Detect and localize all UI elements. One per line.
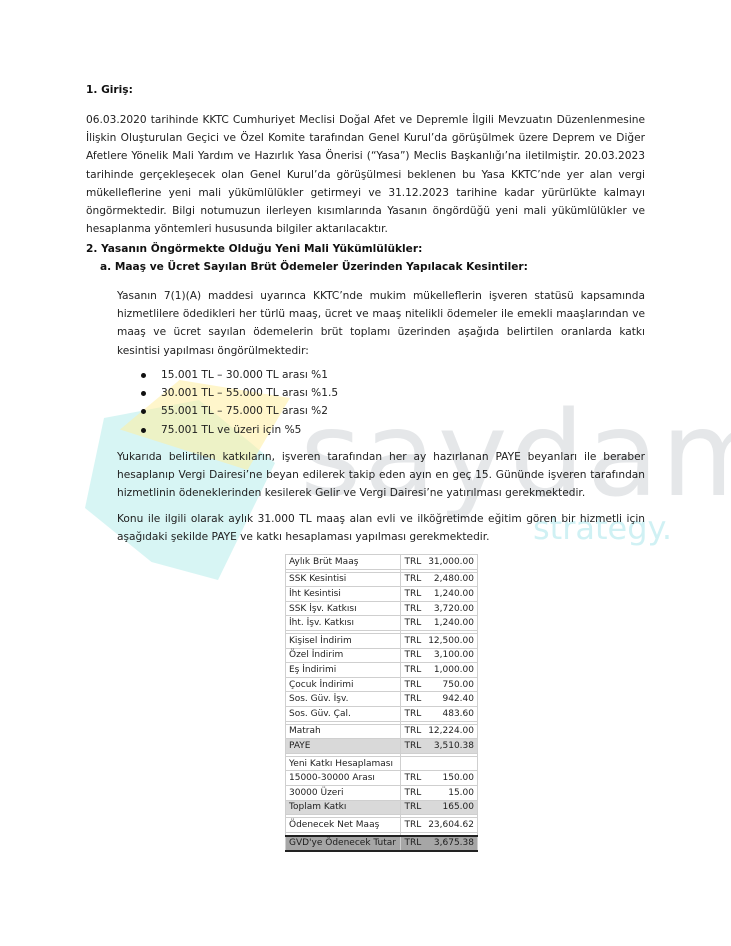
deduction-intro-paragraph: Yasanın 7(1)(A) maddesi uyarınca KKTC’nd…: [117, 287, 645, 360]
table-row: GVD'ye Ödenecek TutarTRL3,675.38: [286, 836, 478, 852]
row-currency: TRL: [401, 648, 425, 663]
row-amount: 3,720.00: [425, 601, 477, 616]
row-label: İht. İşv. Katkısı: [286, 616, 401, 631]
document-page: saydam strategy. 1. Giriş: 06.03.2020 ta…: [0, 0, 731, 946]
row-amount: 942.40: [425, 692, 477, 707]
table-row: Toplam KatkıTRL165.00: [286, 800, 478, 815]
table-row: MatrahTRL12,224.00: [286, 724, 478, 739]
row-label: Çocuk İndirimi: [286, 677, 401, 692]
row-label: Özel İndirim: [286, 648, 401, 663]
row-amount: 3,100.00: [425, 648, 477, 663]
row-label: Toplam Katkı: [286, 800, 401, 815]
section-1-heading: 1. Giriş:: [86, 84, 133, 96]
table-row: PAYETRL3,510.38: [286, 739, 478, 754]
rate-list: 15.001 TL – 30.000 TL arası %1 30.001 TL…: [138, 366, 338, 439]
table-row: SSK KesintisiTRL2,480.00: [286, 572, 478, 587]
table-row: Aylık Brüt MaaşTRL31,000.00: [286, 555, 478, 570]
table-row: İht. İşv. KatkısıTRL1,240.00: [286, 616, 478, 631]
table-row: Sos. Güv. Çal.TRL483.60: [286, 706, 478, 721]
row-amount: 12,500.00: [425, 633, 477, 648]
section-2-heading: 2. Yasanın Öngörmekte Olduğu Yeni Mali Y…: [86, 243, 422, 255]
table-row: 30000 ÜzeriTRL15.00: [286, 785, 478, 800]
row-amount: 12,224.00: [425, 724, 477, 739]
table-row: SSK İşv. KatkısıTRL3,720.00: [286, 601, 478, 616]
row-amount: 3,675.38: [425, 836, 477, 852]
rate-list-item: 15.001 TL – 30.000 TL arası %1: [138, 366, 338, 384]
table-row: Sos. Güv. İşv.TRL942.40: [286, 692, 478, 707]
row-amount: 165.00: [425, 800, 477, 815]
row-amount: 31,000.00: [425, 555, 477, 570]
row-label: Matrah: [286, 724, 401, 739]
row-amount: 3,510.38: [425, 739, 477, 754]
row-currency: TRL: [401, 706, 425, 721]
table-row: Yeni Katkı Hesaplaması: [286, 756, 478, 771]
row-currency: [401, 756, 425, 771]
row-amount: 1,240.00: [425, 587, 477, 602]
row-label: Sos. Güv. İşv.: [286, 692, 401, 707]
row-label: SSK Kesintisi: [286, 572, 401, 587]
row-currency: TRL: [401, 663, 425, 678]
row-label: Ödenecek Net Maaş: [286, 818, 401, 833]
row-label: SSK İşv. Katkısı: [286, 601, 401, 616]
row-currency: TRL: [401, 572, 425, 587]
row-label: Sos. Güv. Çal.: [286, 706, 401, 721]
row-currency: TRL: [401, 771, 425, 786]
row-label: Aylık Brüt Maaş: [286, 555, 401, 570]
row-amount: 483.60: [425, 706, 477, 721]
row-currency: TRL: [401, 739, 425, 754]
row-label: GVD'ye Ödenecek Tutar: [286, 836, 401, 852]
row-amount: 2,480.00: [425, 572, 477, 587]
row-amount: 1,000.00: [425, 663, 477, 678]
table-row: İht KesintisiTRL1,240.00: [286, 587, 478, 602]
row-label: Eş İndirimi: [286, 663, 401, 678]
table-row: Ödenecek Net MaaşTRL23,604.62: [286, 818, 478, 833]
table-row: Çocuk İndirimiTRL750.00: [286, 677, 478, 692]
row-currency: TRL: [401, 601, 425, 616]
table-row: Kişisel İndirimTRL12,500.00: [286, 633, 478, 648]
row-amount: 1,240.00: [425, 616, 477, 631]
row-label: 15000-30000 Arası: [286, 771, 401, 786]
row-currency: TRL: [401, 633, 425, 648]
row-currency: TRL: [401, 616, 425, 631]
payment-paragraph: Yukarıda belirtilen katkıların, işveren …: [117, 448, 645, 503]
row-currency: TRL: [401, 587, 425, 602]
example-paragraph: Konu ile ilgili olarak aylık 31.000 TL m…: [117, 510, 645, 546]
section-2a-subheading: a. Maaş ve Ücret Sayılan Brüt Ödemeler Ü…: [100, 261, 528, 273]
row-label: Yeni Katkı Hesaplaması: [286, 756, 401, 771]
row-amount: 750.00: [425, 677, 477, 692]
row-amount: [425, 756, 477, 771]
paye-calculation-table: Aylık Brüt MaaşTRL31,000.00SSK Kesintisi…: [285, 554, 478, 852]
rate-list-item: 55.001 TL – 75.000 TL arası %2: [138, 402, 338, 420]
rate-list-item: 30.001 TL – 55.000 TL arası %1.5: [138, 384, 338, 402]
row-label: Kişisel İndirim: [286, 633, 401, 648]
table-row: Özel İndirimTRL3,100.00: [286, 648, 478, 663]
row-label: İht Kesintisi: [286, 587, 401, 602]
table-row: 15000-30000 ArasıTRL150.00: [286, 771, 478, 786]
row-currency: TRL: [401, 785, 425, 800]
row-currency: TRL: [401, 677, 425, 692]
row-currency: TRL: [401, 692, 425, 707]
row-currency: TRL: [401, 818, 425, 833]
rate-list-item: 75.001 TL ve üzeri için %5: [138, 421, 338, 439]
row-currency: TRL: [401, 800, 425, 815]
table-row: Eş İndirimiTRL1,000.00: [286, 663, 478, 678]
intro-paragraph: 06.03.2020 tarihinde KKTC Cumhuriyet Mec…: [86, 111, 645, 238]
row-label: 30000 Üzeri: [286, 785, 401, 800]
row-amount: 23,604.62: [425, 818, 477, 833]
row-label: PAYE: [286, 739, 401, 754]
row-currency: TRL: [401, 555, 425, 570]
row-amount: 150.00: [425, 771, 477, 786]
row-currency: TRL: [401, 724, 425, 739]
row-amount: 15.00: [425, 785, 477, 800]
row-currency: TRL: [401, 836, 425, 852]
